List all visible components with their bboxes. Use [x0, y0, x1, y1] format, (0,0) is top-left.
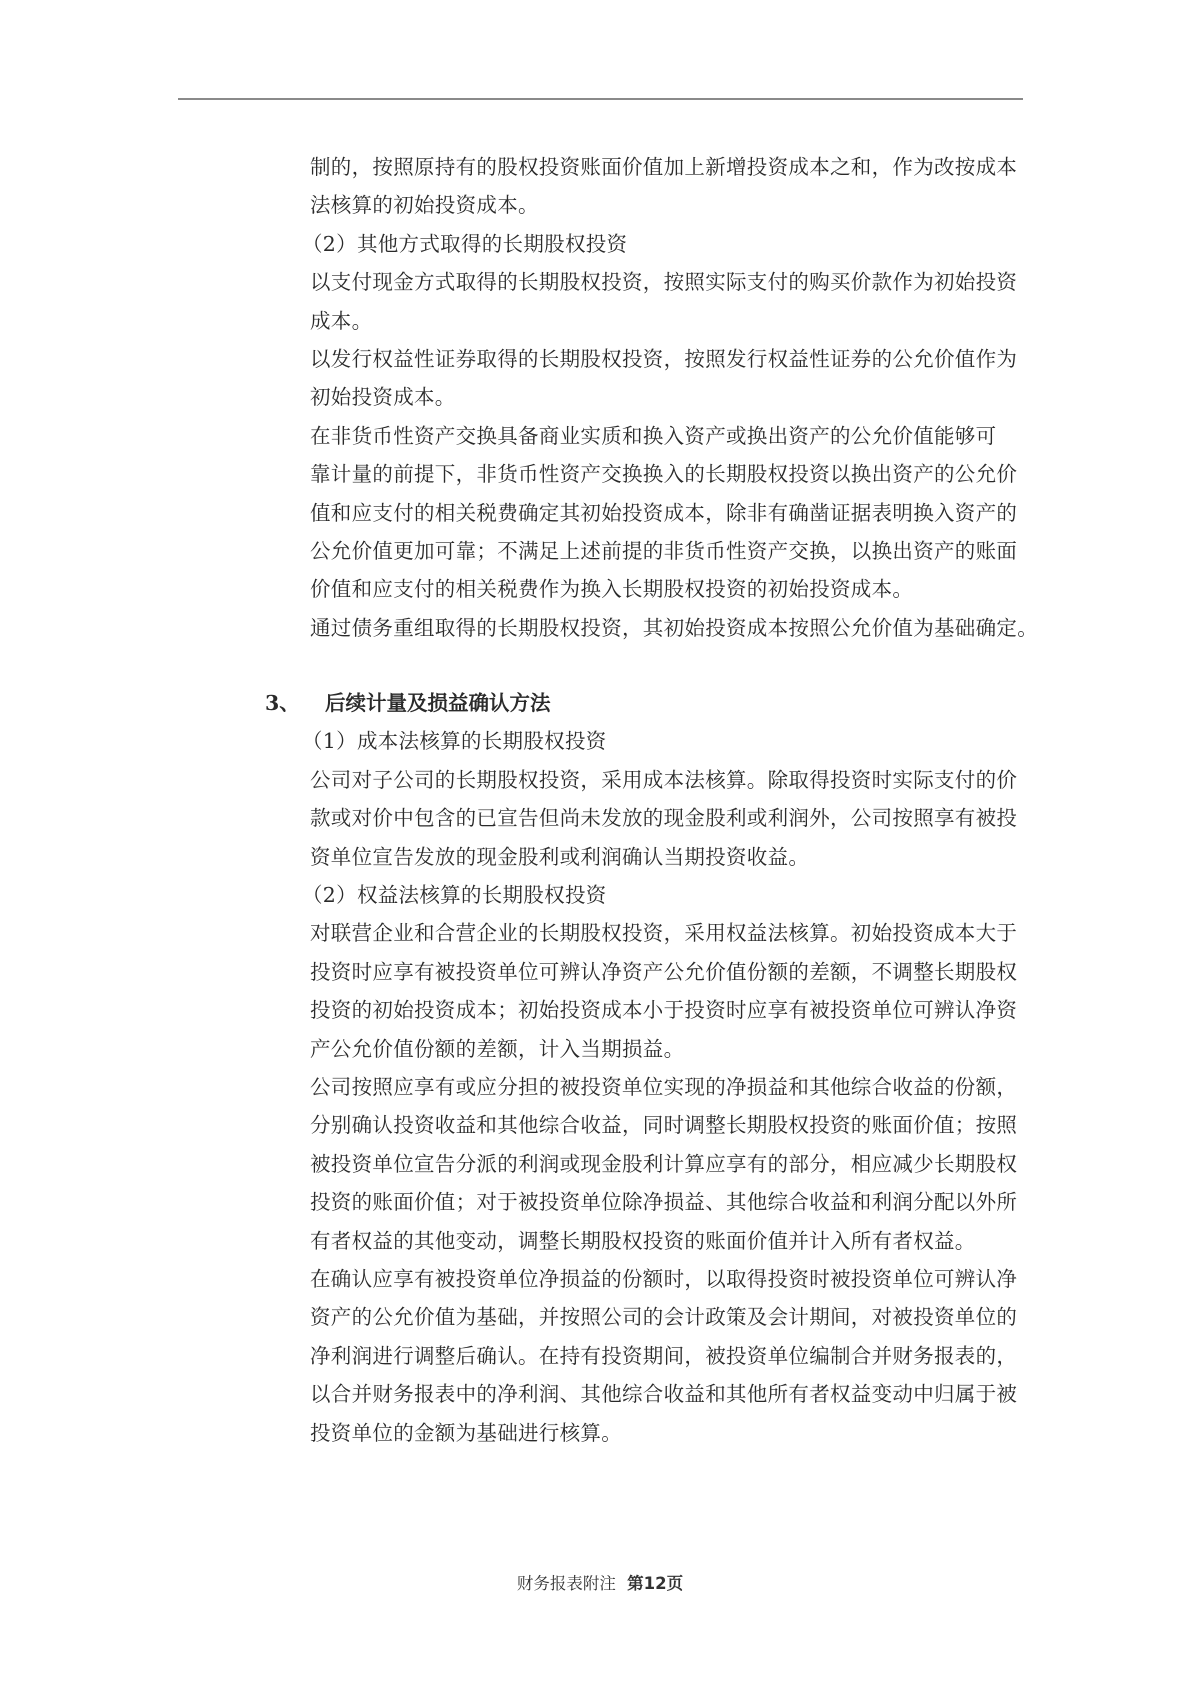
paragraph-line: 分别确认投资收益和其他综合收益，同时调整长期股权投资的账面价值；按照	[310, 1106, 1025, 1144]
paragraph-line: 初始投资成本。	[310, 378, 1025, 416]
section-number: 3、	[265, 684, 300, 722]
section-spacer	[310, 647, 1025, 684]
paragraph-line: 以发行权益性证券取得的长期股权投资，按照发行权益性证券的公允价值作为	[310, 340, 1025, 378]
paragraph-line: 制的，按照原持有的股权投资账面价值加上新增投资成本之和，作为改按成本	[310, 148, 1025, 186]
paragraph-line: 净利润进行调整后确认。在持有投资期间，被投资单位编制合并财务报表的，	[310, 1337, 1025, 1375]
section-title: 后续计量及损益确认方法	[325, 684, 551, 722]
subsection-title-other-methods: （2）其他方式取得的长期股权投资	[302, 225, 1025, 263]
paragraph-line: 在确认应享有被投资单位净损益的份额时，以取得投资时被投资单位可辨认净	[310, 1260, 1025, 1298]
page-number: 第12页	[627, 1574, 683, 1593]
paragraph-line: 被投资单位宣告分派的利润或现金股利计算应享有的部分，相应减少长期股权	[310, 1145, 1025, 1183]
paragraph-line: 资产的公允价值为基础，并按照公司的会计政策及会计期间，对被投资单位的	[310, 1298, 1025, 1336]
paragraph-line: 靠计量的前提下，非货币性资产交换换入的长期股权投资以换出资产的公允价	[310, 455, 1025, 493]
subsection-title-cost-method: （1）成本法核算的长期股权投资	[302, 722, 1025, 760]
paragraph-line: 投资的账面价值；对于被投资单位除净损益、其他综合收益和利润分配以外所	[310, 1183, 1025, 1221]
paragraph-line: 投资单位的金额为基础进行核算。	[310, 1414, 1025, 1452]
paragraph-line: 投资时应享有被投资单位可辨认净资产公允价值份额的差额，不调整长期股权	[310, 953, 1025, 991]
paragraph-line: 法核算的初始投资成本。	[310, 186, 1025, 224]
paragraph-line: 成本。	[310, 302, 1025, 340]
page-body: 制的，按照原持有的股权投资账面价值加上新增投资成本之和，作为改按成本 法核算的初…	[310, 148, 1025, 1452]
paragraph-line: 在非货币性资产交换具备商业实质和换入资产或换出资产的公允价值能够可	[310, 417, 1025, 455]
paragraph-line: 值和应支付的相关税费确定其初始投资成本，除非有确凿证据表明换入资产的	[310, 494, 1025, 532]
paragraph-line: 公允价值更加可靠；不满足上述前提的非货币性资产交换，以换出资产的账面	[310, 532, 1025, 570]
header-rule	[178, 98, 1023, 100]
paragraph-line: 资单位宣告发放的现金股利或利润确认当期投资收益。	[310, 838, 1025, 876]
paragraph-line: 通过债务重组取得的长期股权投资，其初始投资成本按照公允价值为基础确定。	[310, 609, 1025, 647]
paragraph-line: 公司按照应享有或应分担的被投资单位实现的净损益和其他综合收益的份额，	[310, 1068, 1025, 1106]
paragraph-line: 投资的初始投资成本；初始投资成本小于投资时应享有被投资单位可辨认净资	[310, 991, 1025, 1029]
subsection-title-equity-method: （2）权益法核算的长期股权投资	[302, 876, 1025, 914]
paragraph-line: 对联营企业和合营企业的长期股权投资，采用权益法核算。初始投资成本大于	[310, 914, 1025, 952]
paragraph-line: 价值和应支付的相关税费作为换入长期股权投资的初始投资成本。	[310, 570, 1025, 608]
section-heading: 3、 后续计量及损益确认方法	[310, 684, 1025, 722]
paragraph-line: 公司对子公司的长期股权投资，采用成本法核算。除取得投资时实际支付的价	[310, 761, 1025, 799]
page-footer: 财务报表附注 第12页	[0, 1570, 1200, 1594]
footer-label: 财务报表附注	[517, 1574, 616, 1593]
paragraph-line: 有者权益的其他变动，调整长期股权投资的账面价值并计入所有者权益。	[310, 1222, 1025, 1260]
paragraph-line: 款或对价中包含的已宣告但尚未发放的现金股利或利润外，公司按照享有被投	[310, 799, 1025, 837]
paragraph-line: 以合并财务报表中的净利润、其他综合收益和其他所有者权益变动中归属于被	[310, 1375, 1025, 1413]
paragraph-line: 以支付现金方式取得的长期股权投资，按照实际支付的购买价款作为初始投资	[310, 263, 1025, 301]
paragraph-line: 产公允价值份额的差额，计入当期损益。	[310, 1030, 1025, 1068]
